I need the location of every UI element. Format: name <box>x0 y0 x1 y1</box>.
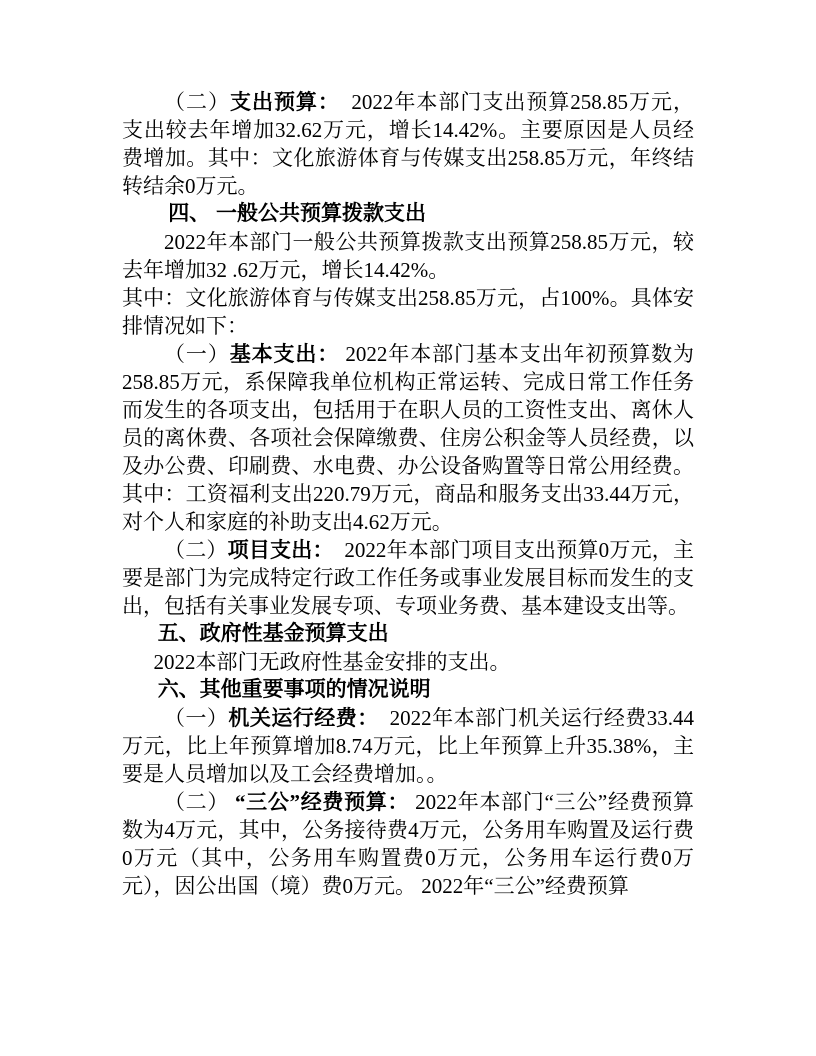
paragraph-prefix: （一） <box>164 706 228 730</box>
heading-section-5: 五、政府性基金预算支出 <box>122 620 694 648</box>
paragraph-operating-expenses: （一）机关运行经费： 2022年本部门机关运行经费33.44万元，比上年预算增加… <box>122 704 694 788</box>
paragraph-bold-title: 项目支出： <box>228 538 324 562</box>
heading-section-4: 四、 一般公共预算拨款支出 <box>122 200 694 228</box>
paragraph-expenditure-budget: （二）支出预算： 2022年本部门支出预算258.85万元，支出较去年增加32.… <box>122 88 694 200</box>
paragraph-three-public-funds: （二） “三公”经费预算： 2022年本部门“三公”经费预算数为4万元，其中，公… <box>122 788 694 900</box>
paragraph-bold-title: 机关运行经费： <box>228 706 368 730</box>
paragraph-gov-fund: 2022本部门无政府性基金安排的支出。 <box>122 648 694 676</box>
paragraph-bold-title: “三公”经费预算： <box>235 790 409 814</box>
paragraph-bold-title: 基本支出： <box>230 342 340 366</box>
paragraph-body-text: 2022年本部门基本支出年初预算数为258.85万元，系保障我单位机构正常运转、… <box>122 342 694 534</box>
paragraph-project-expenditure: （二）项目支出： 2022年本部门项目支出预算0万元，主要是部门为完成特定行政工… <box>122 536 694 620</box>
paragraph-bold-title: 支出预算： <box>230 90 329 114</box>
paragraph-prefix: （二） <box>164 90 230 114</box>
paragraph-prefix: （二） <box>164 790 235 814</box>
heading-section-6: 六、其他重要事项的情况说明 <box>122 676 694 704</box>
paragraph-breakdown: 其中：文化旅游体育与传媒支出258.85万元，占100%。具体安排情况如下： <box>122 284 694 340</box>
paragraph-prefix: （二） <box>164 538 228 562</box>
paragraph-prefix: （一） <box>164 342 230 366</box>
paragraph-basic-expenditure: （一）基本支出： 2022年本部门基本支出年初预算数为258.85万元，系保障我… <box>122 340 694 536</box>
paragraph-general-budget: 2022年本部门一般公共预算拨款支出预算258.85万元，较去年增加32 .62… <box>122 228 694 284</box>
document-page: （二）支出预算： 2022年本部门支出预算258.85万元，支出较去年增加32.… <box>0 0 816 1056</box>
